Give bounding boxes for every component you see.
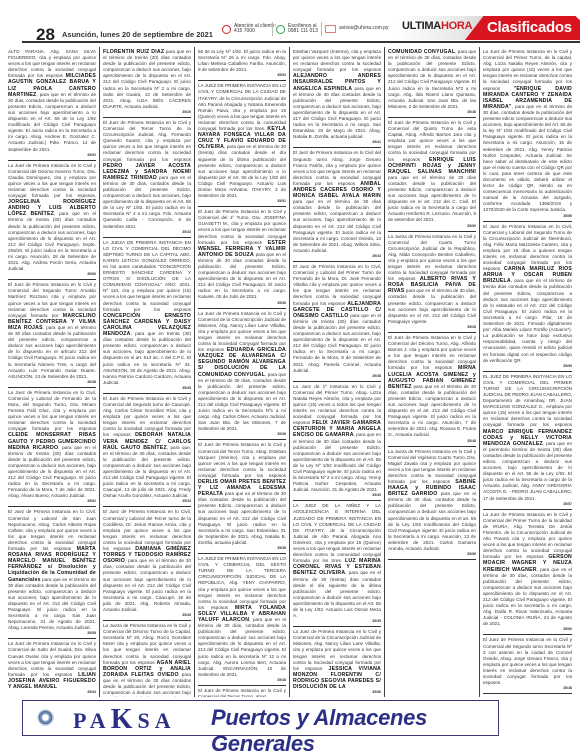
ad-code: 35/38 xyxy=(198,546,286,550)
ad-body-text: LA JUEZ DE PRIMERA INSTANCIA EN LO CIVIL… xyxy=(198,556,286,610)
ad-body-text: 56 de la Ley Nº 1/92. El juicio radica e… xyxy=(198,49,286,72)
ad-body-text: El Juez de Primera Instancia en lo Civil… xyxy=(388,120,476,162)
classified-ad: Esteban Vazquez (Interino), cita y empla… xyxy=(293,47,381,148)
ad-code: 35/57 xyxy=(483,502,572,506)
classified-column: La Juez de Primera Instancia en lo Civil… xyxy=(480,47,575,697)
ad-tail-text: , para que en el término de 30 días cont… xyxy=(293,432,381,492)
classified-ad: El Juez de Primera Instancia en lo Civil… xyxy=(103,118,191,238)
ad-body-text: LA JUEZA DE PRIMERA INSTANCIA EN LO CIVI… xyxy=(103,240,191,312)
classified-ad: El Juez de Primera Instancia en lo Civil… xyxy=(8,507,96,639)
ad-tail-text: , para que en treinta (30) días contados… xyxy=(103,331,191,385)
ad-code: 35/66 xyxy=(8,272,96,276)
page-header: 28 Asunción, lunes 20 de septiembre de 2… xyxy=(0,0,580,40)
ad-body-text: LA JUEZ DE LA NIÑEZ Y LA ADOLESCENCIA E … xyxy=(293,503,381,563)
ad-tail-text: , para que en el término de 30 días, con… xyxy=(103,558,191,612)
ad-body-text: La Juez de 1º Instancia en lo Civil y Co… xyxy=(293,384,381,426)
ad-code: 35/56 xyxy=(293,690,381,694)
ad-body-text: La Juez de Primera Instancia en lo Civil… xyxy=(198,311,286,353)
ad-tail-text: , para que en el término de 30 (treinta)… xyxy=(293,570,381,618)
ad-code: 35/23 xyxy=(103,230,191,234)
contact-whatsapp: Escríbinos al0981 111 013 xyxy=(276,20,318,38)
ad-body-text: El Juez de Primera Instancia en lo Civil… xyxy=(103,396,191,438)
ad-tail-text: , para que en el término de 30 días, con… xyxy=(483,104,572,213)
banner-title: Puertos y Almacenes Generales xyxy=(211,705,498,756)
classified-ad: El Juez de Primera Instancia en lo Civil… xyxy=(198,440,286,554)
ad-code: 35/45 xyxy=(103,613,191,617)
contact-email: avisos@uhora.com.py xyxy=(325,20,389,38)
ad-names: COMUNIDAD CONYUGAL xyxy=(388,49,455,55)
page-date: Asunción, lunes 20 de septiembre de 2021 xyxy=(62,30,213,39)
ad-code: 35/39 xyxy=(293,493,381,497)
ad-code: 35/35 xyxy=(103,386,191,390)
classified-ad: La Juez de Primera Instancia en lo Civil… xyxy=(198,309,286,441)
brand-logo: ULTIMAHORA xyxy=(402,20,472,32)
ad-code: 35/52 xyxy=(8,153,96,157)
ad-code: 35/33 xyxy=(103,499,191,503)
ad-tail-text: para que en el término de 30 días contad… xyxy=(198,252,286,300)
ad-code: 35/48 xyxy=(388,110,476,114)
classified-ad: COMUNIDAD CONYUGAL, para que en el térmi… xyxy=(388,47,476,118)
ad-body-text: La Jueza de Primera Instancia en lo Civi… xyxy=(103,623,191,665)
contact-value: 0981 111 013 xyxy=(288,29,318,35)
ad-code: 35/50 xyxy=(388,224,476,228)
classified-ad: La Juez de Primera Instancia en lo Civil… xyxy=(483,47,572,222)
ad-tail-text: para que en el término de 30 días contad… xyxy=(198,491,286,545)
classified-ad: La Juez de Primera Instancia en lo Civil… xyxy=(483,510,572,636)
classified-ad: La Jueza de Primera Instancia en lo Civi… xyxy=(388,232,476,333)
classified-ad: LA JUEZA DE PRIMERA INSTANCIA EN LO CIVI… xyxy=(103,238,191,394)
ad-body-text: Esteban Vazquez (Interino), cita y empla… xyxy=(293,49,381,72)
ad-tail-text: para que en el término de 30 días, conta… xyxy=(388,288,476,323)
classified-column: ALTO PARANA. Abg. SANA SILVA FIGUEREDO, … xyxy=(5,47,100,697)
ad-code: 35/60 xyxy=(483,627,572,631)
classified-ad: FLORENTIN RUIZ DIAZ para que en el térmi… xyxy=(103,47,191,118)
classified-ad: El Juez de Primera Instancia en lo Civil… xyxy=(483,635,572,694)
classified-ad: El Juez de Primera Instancia en lo Civil… xyxy=(388,333,476,447)
classified-ad: El Juez de Primera Instancia en lo Civil… xyxy=(483,222,572,372)
section-title: Clasificados xyxy=(487,19,572,36)
classified-ad: ALTO PARANA. Abg. SANA SILVA FIGUEREDO, … xyxy=(8,47,96,161)
ad-code: 35/28 xyxy=(388,325,476,329)
ad-body-text: El Juez de Primera Instancia en lo Civil… xyxy=(198,688,286,697)
ad-code: 35/34 xyxy=(293,254,381,258)
ad-tail-text: , para que en el término de 30 días, con… xyxy=(198,372,286,432)
classified-column: COMUNIDAD CONYUGAL, para que en el térmi… xyxy=(385,47,480,697)
divider xyxy=(272,22,273,36)
classified-ad: LA JUEZ DE PRIMERA INSTANCIA EN LO CIVIL… xyxy=(198,81,286,207)
classified-ad: El Juez de Primera Instancia en lo Civil… xyxy=(103,394,191,508)
ad-tail-text: , para que en el término de treinta (30)… xyxy=(8,445,96,499)
ad-code: 36/38 xyxy=(8,380,96,384)
ad-code: 35/41 xyxy=(293,140,381,144)
ad-body-text: EL JUEZ DE PRIMERA INSTANCIA EN LO CIVIL… xyxy=(483,374,572,428)
ad-body-text: El Juez de Primera Instancia en lo Civil… xyxy=(483,637,572,685)
classified-ad: La Juez de Primera Instancia en lo Civil… xyxy=(8,388,96,508)
ad-tail-text: para que en el término de 30 días contad… xyxy=(293,199,381,253)
ad-tail-text: para que en el término de treinta (30) d… xyxy=(103,49,191,109)
classified-ad: EL JUEZ DE PRIMERA INSTANCIA EN LO CIVIL… xyxy=(483,372,572,510)
classified-ad: La Jueza de Primera Instancia en lo Civi… xyxy=(103,621,191,697)
ad-body-text: El Juez de Primera Instancia en lo Civil… xyxy=(103,120,191,162)
ad-body-text: El Juez de Primera Instancia en lo Civil… xyxy=(103,509,191,551)
ad-tail-text: para que en el término de 30 días, conta… xyxy=(388,384,476,438)
classified-column: FLORENTIN RUIZ DIAZ para que en el térmi… xyxy=(100,47,195,697)
classified-ad: LA JUEZ DE PRIMERA INSTANCIA EN LO CIVIL… xyxy=(198,554,286,686)
ad-code: 35/51 xyxy=(198,199,286,203)
footer-ad-banner[interactable]: PAKSA Puertos y Almacenes Generales xyxy=(22,700,499,736)
ad-code: 35/58 xyxy=(8,631,96,635)
ad-code: 35/25 xyxy=(103,110,191,114)
ad-tail-text: , para que en el término de 30 (treinta)… xyxy=(198,144,286,198)
classified-ad: El Juez de Primera Instancia en lo Civil… xyxy=(198,207,286,308)
ad-code: 35/48 xyxy=(483,686,572,690)
ad-code: 35/53 xyxy=(198,73,286,77)
ad-tail-text: para que en el término de 30 días contad… xyxy=(8,577,96,631)
ad-body-text: El Juez de Primera Instancia en lo Civil… xyxy=(8,509,96,551)
mail-icon xyxy=(325,25,336,33)
ad-code: 35/36 xyxy=(198,301,286,305)
ad-tail-text: para que en el término de 30 días, conta… xyxy=(388,491,476,551)
ad-code: 35/48 xyxy=(388,439,476,443)
ad-code: 35/56 xyxy=(388,552,476,556)
seal-logo-icon xyxy=(37,709,54,726)
banner-brand-text: PAKSA xyxy=(73,708,176,733)
ad-tail-text: , para que en el término de 30 días, con… xyxy=(483,567,572,627)
ad-body-text: La Juez de Primera Instancia en lo Civil… xyxy=(293,629,381,671)
contact-value: 415 7000 xyxy=(234,29,276,35)
classified-ad: La Juez de Primera Instancia en lo Civil… xyxy=(293,627,381,697)
ad-tail-text: para que en el término de 30 días contad… xyxy=(388,175,476,223)
classified-ad: La Juez de Primera Instancia en lo Civil… xyxy=(8,639,96,697)
classified-ad: 56 de la Ley Nº 1/92. El juicio radica e… xyxy=(198,47,286,81)
ad-code: 35/59 xyxy=(483,364,572,368)
classified-ad: El Juez de Primera Instancia en lo Civil… xyxy=(103,507,191,621)
classified-column: Esteban Vazquez (Interino), cita y empla… xyxy=(290,47,385,697)
ad-tail-text: , para que, en el término de 30 días, co… xyxy=(103,445,191,499)
ad-tail-text: , para que en el término de 30 días, con… xyxy=(8,92,96,152)
brand-part2: HORA xyxy=(441,20,472,32)
ad-code: 35/36 xyxy=(198,432,286,436)
ad-body-text: La Juez de Primera Instancia en lo Civil… xyxy=(8,390,96,432)
ad-body-text: El Juez de Primera Instancia en lo Civil… xyxy=(198,442,286,477)
ad-tail-text: para que en el término de 30 días, conta… xyxy=(103,175,191,229)
classified-ad: El Juez de Primera Instancia en lo Civil… xyxy=(8,280,96,388)
ad-body-text: LA JUEZ DE PRIMERA INSTANCIA EN LO CIVIL… xyxy=(198,83,286,131)
phone-icon xyxy=(222,25,231,34)
ad-names: FLORENTIN RUIZ DIAZ xyxy=(103,49,164,55)
ad-tail-text: , para que en el término de treinta días… xyxy=(483,278,572,362)
classified-ad: El Juez de Primera Instancia en lo Civil… xyxy=(293,262,381,382)
ad-code: 35/48 xyxy=(198,678,286,682)
classified-ad: LA JUEZ DE LA NIÑEZ Y LA ADOLESCENCIA E … xyxy=(293,501,381,627)
contact-value: avisos@uhora.com.py xyxy=(339,26,389,32)
ad-code: 35/38 xyxy=(293,374,381,378)
ad-code: 35/62 xyxy=(8,499,96,503)
ad-body-text: El Juez de Primera Instancia en lo Civil… xyxy=(293,264,381,306)
contact-phone: Atención al cliente:415 7000 xyxy=(222,20,276,38)
ad-body-text: La Jueza de Primera Instancia en lo Civi… xyxy=(388,234,476,282)
brand-part1: ULTIMA xyxy=(402,20,441,32)
classified-ad: La Juez de Primera Instancia en lo Civil… xyxy=(8,161,96,281)
classified-ad: El Juez de Primera Instancia en lo Civil… xyxy=(388,118,476,232)
ad-tail-text: , para que en el término de 30 días cont… xyxy=(8,325,96,379)
header-rule xyxy=(22,41,580,43)
ad-tail-text: , para que en el perentorio término de t… xyxy=(483,441,572,501)
ad-code: 35/56 xyxy=(483,214,572,218)
ad-body-text: La Juez de Primera Instancia en lo Civil… xyxy=(483,512,572,560)
ad-tail-text: , para que en el término de 30 días, con… xyxy=(388,49,476,109)
ad-tail-text: para que en el término de 30 días contad… xyxy=(293,86,381,140)
whatsapp-icon xyxy=(276,25,285,34)
classified-ad: El Juez de Primera Instancia en lo Civil… xyxy=(293,148,381,262)
ad-tail-text: , para que en el término de treinta (30)… xyxy=(8,211,96,271)
ad-code: 35/35 xyxy=(293,619,381,623)
ad-tail-text: para que en el término de treinta (30) d… xyxy=(293,313,381,373)
classified-ad: El Juez de Primera Instancia en lo Civil… xyxy=(198,686,286,697)
divider xyxy=(321,22,322,36)
classified-ad: La Juez de 1º Instancia en lo Civil y Co… xyxy=(293,382,381,502)
banner-brand: PAKSA xyxy=(73,704,176,736)
classified-ad: La Jueza de Primera Instancia en lo Civi… xyxy=(388,447,476,561)
classified-column: 56 de la Ley Nº 1/92. El juicio radica e… xyxy=(195,47,290,697)
classifieds-columns: ALTO PARANA. Abg. SANA SILVA FIGUEREDO, … xyxy=(5,47,580,697)
ad-code: 35/54 xyxy=(8,690,96,694)
ad-tail-text: , para que en el término de 30 días, con… xyxy=(198,617,286,677)
ad-body-text: El Juez de Primera Instancia en lo Civil… xyxy=(483,224,572,272)
ad-body-text: La Juez de Primera Instancia en lo Civil… xyxy=(8,163,96,198)
ad-body-text: La Juez de Primera Instancia en lo Civil… xyxy=(483,49,572,91)
